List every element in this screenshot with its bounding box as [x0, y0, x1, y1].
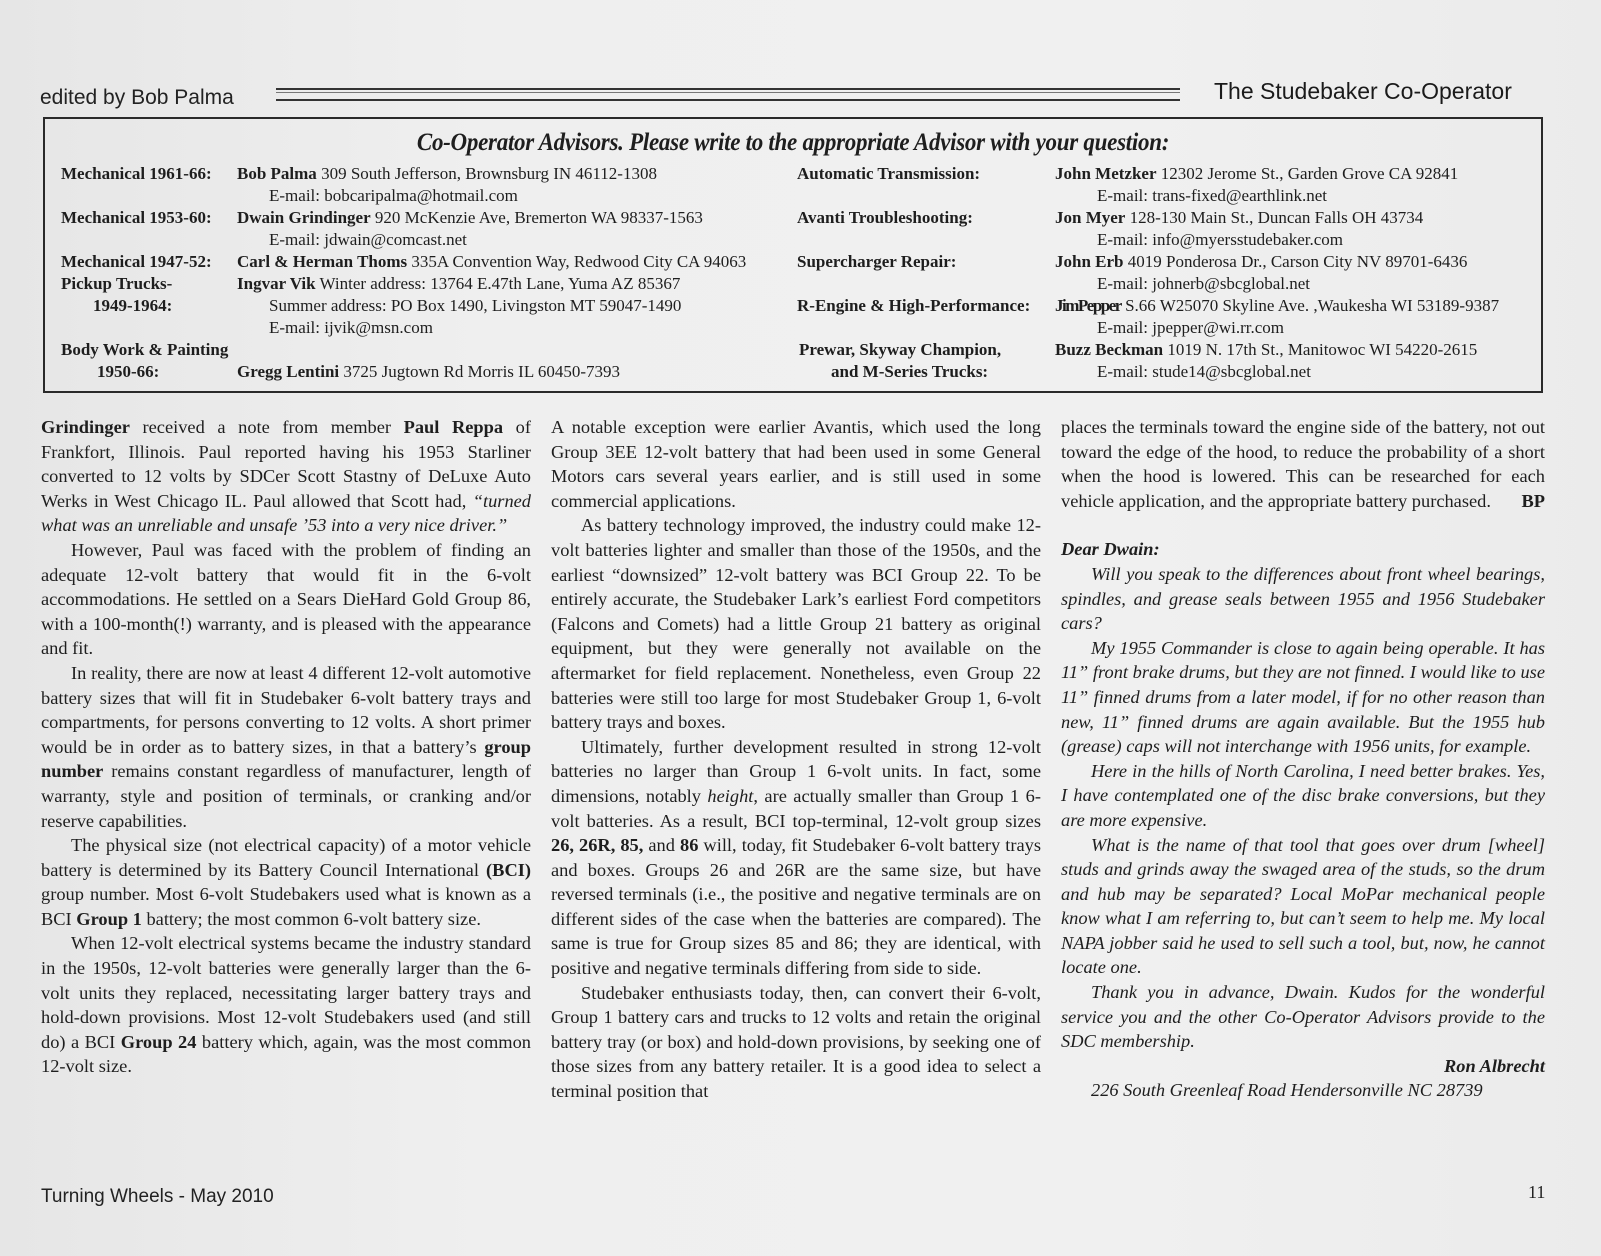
- advisor-category: Pickup Trucks-: [61, 274, 172, 293]
- advisor-contact: Jon Myer 128-130 Main St., Duncan Falls …: [1055, 207, 1423, 229]
- bold-term: Group 1: [76, 909, 142, 929]
- text: remains constant regardless of manufactu…: [41, 761, 531, 830]
- author-initials: BP: [1521, 489, 1545, 514]
- section-title: The Studebaker Co-Operator: [1214, 78, 1512, 105]
- advisor-contact: Carl & Herman Thoms 335A Convention Way,…: [237, 251, 746, 273]
- advisor-category: Mechanical 1947-52:: [61, 252, 212, 271]
- header-rule: [276, 88, 1180, 101]
- paragraph: My 1955 Commander is close to again bein…: [1061, 636, 1545, 759]
- text: received a note from member: [130, 417, 404, 437]
- advisor-entry: Automatic Transmission:: [797, 163, 980, 185]
- advisor-address: S.66 W25070 Skyline Ave. ,Waukesha WI 53…: [1125, 296, 1499, 315]
- advisor-email[interactable]: E-mail: jdwain@comcast.net: [269, 229, 467, 251]
- advisor-contact: Dwain Grindinger 920 McKenzie Ave, Breme…: [237, 207, 703, 229]
- advisor-category: Prewar, Skyway Champion,: [799, 340, 1001, 359]
- advisors-title: Co-Operator Advisors. Please write to th…: [105, 129, 1481, 157]
- advisor-entry: Mechanical 1947-52:: [61, 251, 212, 273]
- advisor-category: Avanti Troubleshooting:: [797, 208, 973, 227]
- advisor-contact: Bob Palma 309 South Jefferson, Brownsbur…: [237, 163, 657, 185]
- advisor-name: Buzz Beckman: [1055, 340, 1163, 359]
- advisor-contact: John Erb 4019 Ponderosa Dr., Carson City…: [1055, 251, 1467, 273]
- advisor-category-years: 1949-1964:: [93, 296, 172, 315]
- advisor-entry: Mechanical 1961-66:: [61, 163, 212, 185]
- paragraph: places the terminals toward the engine s…: [1061, 415, 1545, 513]
- advisor-address: 4019 Ponderosa Dr., Carson City NV 89701…: [1128, 252, 1468, 271]
- advisor-address: 12302 Jerome St., Garden Grove CA 92841: [1161, 164, 1458, 183]
- advisor-contact: Gregg Lentini 3725 Jugtown Rd Morris IL …: [237, 361, 620, 383]
- text: will, today, fit Studebaker 6-volt batte…: [551, 835, 1041, 978]
- advisor-entry: Avanti Troubleshooting:: [797, 207, 973, 229]
- advisor-entry: Mechanical 1953-60:: [61, 207, 212, 229]
- text: The physical size (not electrical capaci…: [41, 835, 531, 880]
- paragraph: A notable exception were earlier Avantis…: [551, 415, 1041, 513]
- advisor-name: Gregg Lentini: [237, 362, 339, 381]
- advisor-email[interactable]: E-mail: stude14@sbcglobal.net: [1097, 361, 1311, 383]
- letter-salutation: Dear Dwain:: [1061, 537, 1545, 562]
- paragraph: Will you speak to the differences about …: [1061, 562, 1545, 636]
- letter-signature: Ron Albrecht: [1061, 1054, 1545, 1079]
- advisor-category: Body Work & Painting: [61, 340, 228, 359]
- paragraph: In reality, there are now at least 4 dif…: [41, 661, 531, 833]
- text: and: [643, 835, 680, 855]
- paragraph: When 12-volt electrical systems became t…: [41, 931, 531, 1079]
- paragraph: Here in the hills of North Carolina, I n…: [1061, 759, 1545, 833]
- article-column-3: places the terminals toward the engine s…: [1061, 415, 1545, 1103]
- advisor-address: 128-130 Main St., Duncan Falls OH 43734: [1130, 208, 1424, 227]
- paragraph: Studebaker enthusiasts today, then, can …: [551, 981, 1041, 1104]
- bold-term: (BCI): [486, 860, 531, 880]
- reader-letter: Will you speak to the differences about …: [1061, 562, 1545, 1103]
- advisor-entry: Pickup Trucks-: [61, 273, 172, 295]
- bold-term: 86: [680, 835, 698, 855]
- magazine-page: edited by Bob Palma The Studebaker Co-Op…: [0, 0, 1601, 1256]
- advisor-address: Winter address: 13764 E.47th Lane, Yuma …: [320, 274, 681, 293]
- advisor-entry: Supercharger Repair:: [797, 251, 956, 273]
- paragraph: However, Paul was faced with the problem…: [41, 538, 531, 661]
- advisor-name: Bob Palma: [237, 164, 317, 183]
- paragraph: Ultimately, further development resulted…: [551, 735, 1041, 981]
- bold-term: 26, 26R, 85,: [551, 835, 643, 855]
- advisor-address: 920 McKenzie Ave, Bremerton WA 98337-156…: [375, 208, 703, 227]
- advisor-name: John Metzker: [1055, 164, 1157, 183]
- paragraph: The physical size (not electrical capaci…: [41, 833, 531, 931]
- paragraph: What is the name of that tool that goes …: [1061, 833, 1545, 981]
- advisor-category: Automatic Transmission:: [797, 164, 980, 183]
- advisor-address: 309 South Jefferson, Brownsburg IN 46112…: [321, 164, 657, 183]
- advisor-entry: Prewar, Skyway Champion,: [799, 339, 1001, 361]
- advisor-address: 335A Convention Way, Redwood City CA 940…: [411, 252, 746, 271]
- page-number: 11: [1528, 1182, 1545, 1203]
- advisor-category: Mechanical 1961-66:: [61, 164, 212, 183]
- article-column-1: Grindinger received a note from member P…: [41, 415, 531, 1079]
- advisor-name: JimPepper: [1055, 296, 1121, 315]
- advisor-name: John Erb: [1055, 252, 1124, 271]
- advisor-email[interactable]: E-mail: trans-fixed@earthlink.net: [1097, 185, 1327, 207]
- advisor-email[interactable]: E-mail: jpepper@wi.rr.com: [1097, 317, 1284, 339]
- advisor-email[interactable]: E-mail: info@myersstudebaker.com: [1097, 229, 1343, 251]
- advisor-contact: Buzz Beckman 1019 N. 17th St., Manitowoc…: [1055, 339, 1477, 361]
- advisor-category: Supercharger Repair:: [797, 252, 956, 271]
- text: places the terminals toward the engine s…: [1061, 417, 1545, 511]
- bold-name: Paul Reppa: [404, 417, 503, 437]
- editor-credit: edited by Bob Palma: [40, 86, 234, 110]
- advisor-category-2: and M-Series Trucks:: [831, 362, 988, 381]
- advisor-address-2: Summer address: PO Box 1490, Livingston …: [269, 295, 681, 317]
- advisor-name: Dwain Grindinger: [237, 208, 371, 227]
- advisors-box: Co-Operator Advisors. Please write to th…: [43, 117, 1543, 393]
- advisor-entry: and M-Series Trucks:: [831, 361, 988, 383]
- advisor-entry: Body Work & Painting: [61, 339, 228, 361]
- paragraph: Grindinger received a note from member P…: [41, 415, 531, 538]
- advisor-category: Mechanical 1953-60:: [61, 208, 212, 227]
- advisor-category-years: 1950-66:: [97, 362, 159, 381]
- advisor-email[interactable]: E-mail: johnerb@sbcglobal.net: [1097, 273, 1310, 295]
- advisor-address: 3725 Jugtown Rd Morris IL 60450-7393: [343, 362, 620, 381]
- advisor-name: Jon Myer: [1055, 208, 1125, 227]
- advisor-contact: John Metzker 12302 Jerome St., Garden Gr…: [1055, 163, 1458, 185]
- advisor-entry: R-Engine & High-Performance:: [797, 295, 1030, 317]
- article-column-2: A notable exception were earlier Avantis…: [551, 415, 1041, 1104]
- bold-name: Grindinger: [41, 417, 130, 437]
- italic-term: height: [707, 786, 753, 806]
- bold-term: Group 24: [121, 1032, 197, 1052]
- advisor-email[interactable]: E-mail: ijvik@msn.com: [269, 317, 433, 339]
- text: In reality, there are now at least 4 dif…: [41, 663, 531, 757]
- advisor-category: R-Engine & High-Performance:: [797, 296, 1030, 315]
- publication-footer: Turning Wheels - May 2010: [41, 1186, 274, 1208]
- paragraph: Thank you in advance, Dwain. Kudos for t…: [1061, 980, 1545, 1054]
- advisor-entry: 1950-66:: [97, 361, 159, 383]
- advisor-address: 1019 N. 17th St., Manitowoc WI 54220-261…: [1167, 340, 1477, 359]
- advisor-contact: JimPepper S.66 W25070 Skyline Ave. ,Wauk…: [1055, 295, 1499, 317]
- text: battery; the most common 6-volt battery …: [142, 909, 481, 929]
- advisor-name: Ingvar Vik: [237, 274, 316, 293]
- advisor-email[interactable]: E-mail: bobcaripalma@hotmail.com: [269, 185, 518, 207]
- advisor-entry: 1949-1964:: [93, 295, 172, 317]
- letter-address: 226 South Greenleaf Road Hendersonville …: [1061, 1078, 1545, 1103]
- paragraph: As battery technology improved, the indu…: [551, 513, 1041, 734]
- advisor-name: Carl & Herman Thoms: [237, 252, 407, 271]
- advisor-contact: Ingvar Vik Winter address: 13764 E.47th …: [237, 273, 680, 295]
